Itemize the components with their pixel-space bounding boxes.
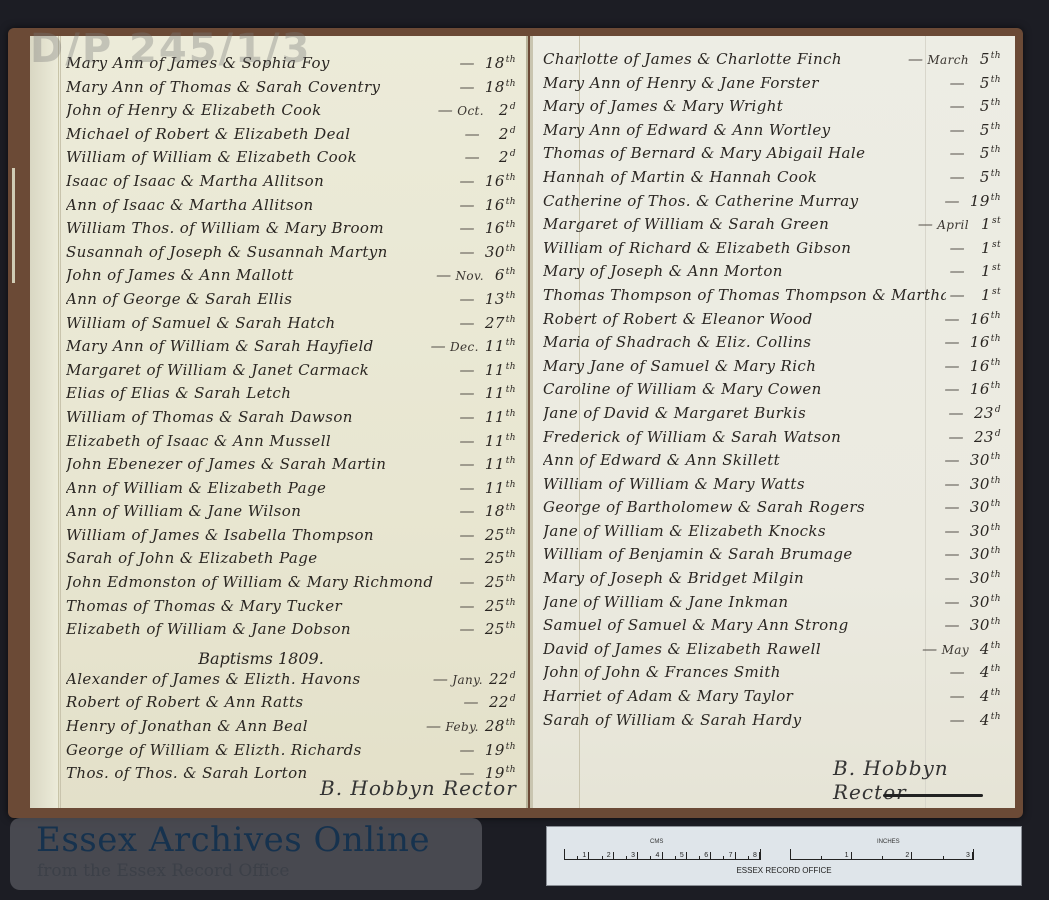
entry-month: Feby. [445, 720, 478, 734]
entry-names: Sarah of John & Elizabeth Page [66, 549, 455, 567]
entry-dash: — [944, 475, 959, 493]
entry-dash: — [459, 243, 474, 261]
register-entry: Sarah of John & Elizabeth Page—25th [66, 549, 516, 573]
entry-names: Mary Ann of William & Sarah Hayfield [66, 337, 427, 355]
entry-names: Ann of William & Elizabeth Page [66, 479, 455, 497]
register-entry: Mary Ann of Thomas & Sarah Coventry—18th [66, 78, 516, 102]
entry-names: Hannah of Martin & Hannah Cook [543, 168, 946, 186]
entry-day: 5th [975, 168, 1001, 186]
entry-dash: — [950, 262, 965, 280]
entry-month: May [942, 643, 969, 657]
entry-names: Mary Ann of Henry & Jane Forster [543, 74, 946, 92]
document-image-viewer: Mary Ann of James & Sophia Foy—18thMary … [0, 0, 1049, 900]
entry-dash: — [436, 266, 451, 284]
entry-dash: — [426, 717, 441, 735]
entry-day: 30th [970, 616, 1001, 634]
entry-day: 11th [485, 432, 516, 450]
entry-dash: — [459, 314, 474, 332]
right-page-entries: Charlotte of James & Charlotte Finch—Mar… [543, 50, 1001, 734]
register-entry: William of Thomas & Sarah Dawson—11th [66, 408, 516, 432]
entry-day: 5th [975, 144, 1001, 162]
entry-dash: — [464, 693, 479, 711]
register-entry: Caroline of William & Mary Cowen—16th [543, 380, 1001, 404]
register-entry: John of John & Frances Smith—4th [543, 663, 1001, 687]
entry-day: 16th [970, 310, 1001, 328]
entry-dash: — [459, 597, 474, 615]
entry-day: 25th [485, 573, 516, 591]
entry-month: Nov. [456, 269, 485, 283]
register-entry: Elizabeth of Isaac & Ann Mussell—11th [66, 432, 516, 456]
entry-names: John of Henry & Elizabeth Cook [66, 101, 434, 119]
register-entry: Ann of Isaac & Martha Allitson—16th [66, 196, 516, 220]
register-entry: Mary Ann of William & Sarah Hayfield—Dec… [66, 337, 516, 361]
rector-signature-left: B. Hobbyn Rector [320, 776, 517, 800]
entry-dash: — [950, 286, 965, 304]
entry-dash: — [459, 455, 474, 473]
entry-day: 2d [490, 101, 516, 119]
entry-names: David of James & Elizabeth Rawell [543, 640, 918, 658]
entry-names: Thomas of Thomas & Mary Tucker [66, 597, 455, 615]
section-heading-baptisms-1809: Baptisms 1809. [66, 644, 516, 670]
register-entry: Isaac of Isaac & Martha Allitson—16th [66, 172, 516, 196]
entry-dash: — [459, 479, 474, 497]
entry-day: 2d [490, 148, 516, 166]
register-entry: Ann of George & Sarah Ellis—13th [66, 290, 516, 314]
register-entry: Mary Ann of Edward & Ann Wortley—5th [543, 121, 1001, 145]
entry-day: 25th [485, 526, 516, 544]
entry-day: 2d [490, 125, 516, 143]
inches-minor-tick [882, 856, 883, 859]
register-entry: Robert of Robert & Eleanor Wood—16th [543, 310, 1001, 334]
register-entry: Sarah of William & Sarah Hardy—4th [543, 711, 1001, 735]
document-reference-watermark: D/P 245/1/3 [30, 26, 311, 72]
entry-dash: — [433, 670, 448, 688]
entry-day: 30th [970, 451, 1001, 469]
entry-names: Mary Jane of Samuel & Mary Rich [543, 357, 940, 375]
register-entry: George of Bartholomew & Sarah Rogers—30t… [543, 498, 1001, 522]
entry-names: Henry of Jonathan & Ann Beal [66, 717, 422, 735]
register-entry: Hannah of Martin & Hannah Cook—5th [543, 168, 1001, 192]
entry-day: 5th [975, 74, 1001, 92]
entry-dash: — [459, 290, 474, 308]
entry-names: George of Bartholomew & Sarah Rogers [543, 498, 940, 516]
register-entry: Samuel of Samuel & Mary Ann Strong—30th [543, 616, 1001, 640]
register-entry: Mary Jane of Samuel & Mary Rich—16th [543, 357, 1001, 381]
entry-dash: — [944, 616, 959, 634]
entry-dash: — [459, 78, 474, 96]
entry-day: 25th [485, 597, 516, 615]
cms-minor-tick [699, 856, 700, 859]
entry-names: Susannah of Joseph & Susannah Martyn [66, 243, 455, 261]
entry-dash: — [459, 361, 474, 379]
entry-names: Robert of Robert & Ann Ratts [66, 693, 460, 711]
entry-dash: — [944, 569, 959, 587]
entry-day: 23d [974, 428, 1001, 446]
entry-dash: — [459, 196, 474, 214]
entry-dash: — [918, 215, 933, 233]
archive-branding: Essex Archives Online from the Essex Rec… [10, 818, 482, 890]
register-entry: William of William & Elizabeth Cook—2d [66, 148, 516, 172]
cms-tick [662, 852, 663, 859]
entry-day: 16th [970, 380, 1001, 398]
entry-names: John of James & Ann Mallott [66, 266, 432, 284]
left-page: Mary Ann of James & Sophia Foy—18thMary … [30, 36, 528, 808]
cms-tick [613, 852, 614, 859]
entry-names: Margaret of William & Janet Carmack [66, 361, 455, 379]
entry-dash: — [950, 121, 965, 139]
entry-names: Ann of Isaac & Martha Allitson [66, 196, 455, 214]
entry-dash: — [944, 333, 959, 351]
entry-month: Jany. [452, 673, 483, 687]
entry-dash: — [459, 219, 474, 237]
inches-number: 1 [845, 852, 849, 859]
entry-names: Sarah of William & Sarah Hardy [543, 711, 946, 729]
entry-month: April [937, 218, 969, 232]
entry-names: William of James & Isabella Thompson [66, 526, 455, 544]
entry-day: 16th [970, 333, 1001, 351]
margin-rule [60, 36, 61, 808]
register-entry: Susannah of Joseph & Susannah Martyn—30t… [66, 243, 516, 267]
entry-day: 11th [485, 337, 516, 355]
entry-day: 25th [485, 620, 516, 638]
register-entry: Elias of Elias & Sarah Letch—11th [66, 384, 516, 408]
entry-names: William of Thomas & Sarah Dawson [66, 408, 455, 426]
entry-dash: — [944, 593, 959, 611]
entry-dash: — [950, 663, 965, 681]
entry-day: 25th [485, 549, 516, 567]
inches-tick [911, 852, 912, 859]
entry-dash: — [459, 432, 474, 450]
cms-number: 6 [704, 852, 708, 859]
entry-dash: — [944, 545, 959, 563]
inches-minor-tick [943, 856, 944, 859]
entry-dash: — [922, 640, 937, 658]
register-entry: Maria of Shadrach & Eliz. Collins—16th [543, 333, 1001, 357]
entry-dash: — [950, 711, 965, 729]
entry-day: 30th [970, 498, 1001, 516]
entry-dash: — [438, 101, 453, 119]
entry-names: Ann of William & Jane Wilson [66, 502, 455, 520]
entry-names: Margaret of William & Sarah Green [543, 215, 914, 233]
register-entry: Charlotte of James & Charlotte Finch—Mar… [543, 50, 1001, 74]
entry-dash: — [431, 337, 446, 355]
left-page-entries: Mary Ann of James & Sophia Foy—18thMary … [66, 54, 516, 788]
entry-names: Mary Ann of Thomas & Sarah Coventry [66, 78, 455, 96]
entry-day: 5th [975, 97, 1001, 115]
brand-subtitle: from the Essex Record Office [37, 861, 289, 881]
entry-day: 16th [485, 219, 516, 237]
cms-number: 1 [582, 852, 586, 859]
entry-day: 30th [485, 243, 516, 261]
register-entry: Alexander of James & Elizth. Havons—Jany… [66, 670, 516, 694]
entry-day: 4th [975, 711, 1001, 729]
register-entry: Thomas of Thomas & Mary Tucker—25th [66, 597, 516, 621]
entry-day: 27th [485, 314, 516, 332]
entry-day: 16th [485, 196, 516, 214]
cms-minor-tick [723, 856, 724, 859]
cms-minor-tick [626, 856, 627, 859]
entry-dash: — [950, 144, 965, 162]
entry-dash: — [459, 172, 474, 190]
register-entry: Jane of William & Elizabeth Knocks—30th [543, 522, 1001, 546]
entry-day: 30th [970, 569, 1001, 587]
entry-names: Elias of Elias & Sarah Letch [66, 384, 455, 402]
register-entry: Catherine of Thos. & Catherine Murray—19… [543, 192, 1001, 216]
register-entry: Robert of Robert & Ann Ratts—22d [66, 693, 516, 717]
entry-month: Dec. [450, 340, 479, 354]
entry-names: Catherine of Thos. & Catherine Murray [543, 192, 940, 210]
entry-dash: — [950, 97, 965, 115]
entry-dash: — [459, 502, 474, 520]
entry-names: Harriet of Adam & Mary Taylor [543, 687, 946, 705]
entry-dash: — [465, 125, 480, 143]
entry-day: 19th [485, 741, 516, 759]
entry-dash: — [950, 239, 965, 257]
register-entry: William of James & Isabella Thompson—25t… [66, 526, 516, 550]
register-entry: William Thos. of William & Mary Broom—16… [66, 219, 516, 243]
cms-tick [710, 852, 711, 859]
cms-number: 8 [753, 852, 757, 859]
entry-day: 4th [975, 640, 1001, 658]
entry-dash: — [459, 620, 474, 638]
entry-dash: — [949, 428, 964, 446]
entry-dash: — [950, 168, 965, 186]
entry-dash: — [459, 54, 474, 72]
entry-day: 5th [975, 121, 1001, 139]
entry-dash: — [459, 573, 474, 591]
entry-day: 11th [485, 479, 516, 497]
entry-names: William of William & Elizabeth Cook [66, 148, 461, 166]
entry-dash: — [459, 526, 474, 544]
register-entry: Frederick of William & Sarah Watson—23d [543, 428, 1001, 452]
register-entry: Ann of William & Jane Wilson—18th [66, 502, 516, 526]
entry-dash: — [944, 451, 959, 469]
register-entry: Margaret of William & Sarah Green—April1… [543, 215, 1001, 239]
ruler-inches-label: INCHES [877, 839, 900, 845]
entry-names: William of Richard & Elizabeth Gibson [543, 239, 946, 257]
entry-day: 18th [485, 502, 516, 520]
entry-dash: — [459, 408, 474, 426]
entry-day: 16th [970, 357, 1001, 375]
entry-names: Caroline of William & Mary Cowen [543, 380, 940, 398]
register-entry: William of Benjamin & Sarah Brumage—30th [543, 545, 1001, 569]
cms-tick [686, 852, 687, 859]
cms-number: 7 [729, 852, 733, 859]
entry-month: Oct. [457, 104, 484, 118]
register-entry: John Ebenezer of James & Sarah Martin—11… [66, 455, 516, 479]
entry-dash: — [944, 498, 959, 516]
entry-names: William of Benjamin & Sarah Brumage [543, 545, 940, 563]
entry-day: 11th [485, 361, 516, 379]
entry-names: William of William & Mary Watts [543, 475, 940, 493]
entry-day: 28th [485, 717, 516, 735]
entry-dash: — [950, 74, 965, 92]
entry-names: Alexander of James & Elizth. Havons [66, 670, 429, 688]
inches-tick [972, 852, 973, 859]
binding-clasp [12, 168, 15, 283]
cms-number: 2 [607, 852, 611, 859]
entry-dash: — [944, 357, 959, 375]
entry-names: George of William & Elizth. Richards [66, 741, 455, 759]
entry-names: Mary Ann of Edward & Ann Wortley [543, 121, 946, 139]
entry-names: Thomas Thompson of Thomas Thompson & Mar… [543, 286, 946, 304]
register-entry: Thomas of Bernard & Mary Abigail Hale—5t… [543, 144, 1001, 168]
register-entry: Jane of David & Margaret Burkis—23d [543, 404, 1001, 428]
entry-day: 1st [975, 215, 1001, 233]
register-entry: William of Samuel & Sarah Hatch—27th [66, 314, 516, 338]
cms-tick [588, 852, 589, 859]
register-entry: Michael of Robert & Elizabeth Deal—2d [66, 125, 516, 149]
scale-ruler: CMS 12345678 INCHES 123 ESSEX RECORD OFF… [546, 826, 1022, 886]
register-entry: Thomas Thompson of Thomas Thompson & Mar… [543, 286, 1001, 310]
signature-underline [883, 794, 983, 797]
entry-dash: — [465, 148, 480, 166]
entry-names: Elizabeth of William & Jane Dobson [66, 620, 455, 638]
entry-dash: — [949, 404, 964, 422]
register-entry: Jane of William & Jane Inkman—30th [543, 593, 1001, 617]
entry-day: 1st [975, 286, 1001, 304]
entry-day: 5th [975, 50, 1001, 68]
entry-day: 22d [489, 670, 516, 688]
entry-dash: — [459, 384, 474, 402]
inches-minor-tick [821, 856, 822, 859]
register-entry: William of William & Mary Watts—30th [543, 475, 1001, 499]
entry-day: 18th [485, 78, 516, 96]
register-entry: Harriet of Adam & Mary Taylor—4th [543, 687, 1001, 711]
entry-names: Jane of David & Margaret Burkis [543, 404, 945, 422]
register-entry: Mary of Joseph & Ann Morton—1st [543, 262, 1001, 286]
entry-names: Robert of Robert & Eleanor Wood [543, 310, 940, 328]
entry-day: 13th [485, 290, 516, 308]
entry-day: 22d [489, 693, 516, 711]
entry-names: John Ebenezer of James & Sarah Martin [66, 455, 455, 473]
entry-day: 30th [970, 593, 1001, 611]
ruler-caption: ESSEX RECORD OFFICE [547, 866, 1021, 875]
entry-day: 30th [970, 545, 1001, 563]
cms-tick [759, 852, 760, 859]
entry-dash: — [459, 741, 474, 759]
entry-day: 30th [970, 475, 1001, 493]
entry-names: Jane of William & Elizabeth Knocks [543, 522, 940, 540]
entry-names: Maria of Shadrach & Eliz. Collins [543, 333, 940, 351]
entry-names: Isaac of Isaac & Martha Allitson [66, 172, 455, 190]
register-entry: Henry of Jonathan & Ann Beal—Feby.28th [66, 717, 516, 741]
entry-names: Ann of George & Sarah Ellis [66, 290, 455, 308]
entry-day: 18th [485, 54, 516, 72]
cms-minor-tick [602, 856, 603, 859]
register-entry: Mary of James & Mary Wright—5th [543, 97, 1001, 121]
entry-day: 1st [975, 262, 1001, 280]
cms-tick [735, 852, 736, 859]
entry-dash: — [944, 380, 959, 398]
entry-dash: — [459, 549, 474, 567]
entry-dash: — [908, 50, 923, 68]
register-entry: David of James & Elizabeth Rawell—May4th [543, 640, 1001, 664]
inches-number: 2 [905, 852, 909, 859]
register-entry: Elizabeth of William & Jane Dobson—25th [66, 620, 516, 644]
ruler-inches-scale: 123 [790, 849, 974, 860]
cms-number: 4 [656, 852, 660, 859]
entry-day: 11th [485, 455, 516, 473]
register-entry: John of James & Ann Mallott—Nov.6th [66, 266, 516, 290]
entry-names: Mary of Joseph & Ann Morton [543, 262, 946, 280]
entry-day: 11th [485, 408, 516, 426]
inches-number: 3 [966, 852, 970, 859]
entry-day: 6th [490, 266, 516, 284]
entry-dash: — [944, 192, 959, 210]
cms-minor-tick [577, 856, 578, 859]
entry-dash: — [944, 522, 959, 540]
entry-day: 23d [974, 404, 1001, 422]
entry-day: 4th [975, 663, 1001, 681]
entry-day: 16th [485, 172, 516, 190]
entry-names: William Thos. of William & Mary Broom [66, 219, 455, 237]
inches-tick [851, 852, 852, 859]
entry-names: Jane of William & Jane Inkman [543, 593, 940, 611]
register-entry: George of William & Elizth. Richards—19t… [66, 741, 516, 765]
right-page: Charlotte of James & Charlotte Finch—Mar… [530, 36, 1015, 808]
cms-minor-tick [675, 856, 676, 859]
entry-names: John Edmonston of William & Mary Richmon… [66, 573, 455, 591]
ruler-cms-scale: 12345678 [564, 849, 761, 860]
register-book: Mary Ann of James & Sophia Foy—18thMary … [8, 28, 1023, 818]
register-entry: John of Henry & Elizabeth Cook—Oct.2d [66, 101, 516, 125]
entry-names: Frederick of William & Sarah Watson [543, 428, 945, 446]
entry-names: John of John & Frances Smith [543, 663, 946, 681]
entry-names: Michael of Robert & Elizabeth Deal [66, 125, 461, 143]
cms-minor-tick [748, 856, 749, 859]
entry-day: 30th [970, 522, 1001, 540]
register-entry: William of Richard & Elizabeth Gibson—1s… [543, 239, 1001, 263]
register-entry: John Edmonston of William & Mary Richmon… [66, 573, 516, 597]
entry-day: 4th [975, 687, 1001, 705]
cms-number: 3 [631, 852, 635, 859]
entry-names: William of Samuel & Sarah Hatch [66, 314, 455, 332]
register-entry: Margaret of William & Janet Carmack—11th [66, 361, 516, 385]
cms-tick [637, 852, 638, 859]
cms-minor-tick [650, 856, 651, 859]
entry-names: Charlotte of James & Charlotte Finch [543, 50, 904, 68]
ruler-cms-label: CMS [650, 839, 663, 845]
entry-dash: — [950, 687, 965, 705]
brand-title: Essex Archives Online [36, 820, 430, 860]
entry-names: Samuel of Samuel & Mary Ann Strong [543, 616, 940, 634]
entry-names: Elizabeth of Isaac & Ann Mussell [66, 432, 455, 450]
entry-names: Thomas of Bernard & Mary Abigail Hale [543, 144, 946, 162]
entry-month: March [927, 53, 969, 67]
cms-number: 5 [680, 852, 684, 859]
register-entry: Mary of Joseph & Bridget Milgin—30th [543, 569, 1001, 593]
entry-dash: — [944, 310, 959, 328]
entry-names: Ann of Edward & Ann Skillett [543, 451, 940, 469]
entry-day: 19th [970, 192, 1001, 210]
entry-day: 1st [975, 239, 1001, 257]
register-entry: Ann of Edward & Ann Skillett—30th [543, 451, 1001, 475]
register-entry: Mary Ann of Henry & Jane Forster—5th [543, 74, 1001, 98]
entry-names: Mary of James & Mary Wright [543, 97, 946, 115]
entry-day: 11th [485, 384, 516, 402]
register-entry: Ann of William & Elizabeth Page—11th [66, 479, 516, 503]
entry-names: Mary of Joseph & Bridget Milgin [543, 569, 940, 587]
